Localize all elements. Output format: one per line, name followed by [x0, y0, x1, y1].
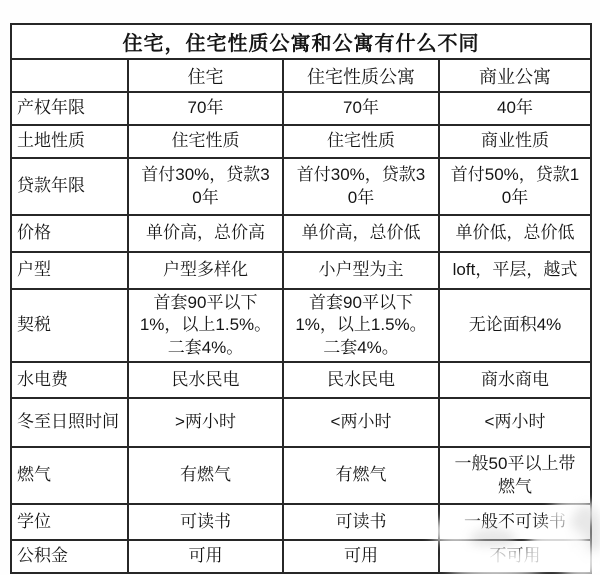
cell: 首付50%，贷款10年 [439, 158, 591, 215]
table-row: 土地性质 住宅性质 住宅性质 商业性质 [11, 125, 591, 158]
cell: 70年 [283, 92, 439, 125]
cell: loft，平层，越式 [439, 252, 591, 289]
table-row: 契税 首套90平以下1%，以上1.5%。二套4%。 首套90平以下1%，以上1.… [11, 289, 591, 362]
cell: 民水民电 [283, 362, 439, 398]
cell: 单价高，总价低 [283, 215, 439, 252]
cell: 住宅性质 [283, 125, 439, 158]
cell: 商业性质 [439, 125, 591, 158]
column-header-residential: 住宅 [128, 59, 283, 92]
row-label: 贷款年限 [11, 158, 128, 215]
column-header-blank [11, 59, 128, 92]
cell: 单价高，总价高 [128, 215, 283, 252]
row-label: 土地性质 [11, 125, 128, 158]
cell: 一般50平以上带燃气 [439, 447, 591, 504]
cell: 单价低，总价低 [439, 215, 591, 252]
cell: 一般不可读书 [439, 504, 591, 540]
cell: 有燃气 [283, 447, 439, 504]
cell: 可用 [283, 540, 439, 573]
column-header-residential-apartment: 住宅性质公寓 [283, 59, 439, 92]
table-row: 学位 可读书 可读书 一般不可读书 [11, 504, 591, 540]
column-header-commercial-apartment: 商业公寓 [439, 59, 591, 92]
table-row: 冬至日照时间 >两小时 <两小时 <两小时 [11, 398, 591, 447]
cell: 有燃气 [128, 447, 283, 504]
row-label: 契税 [11, 289, 128, 362]
row-label: 价格 [11, 215, 128, 252]
cell: >两小时 [128, 398, 283, 447]
cell: 商水商电 [439, 362, 591, 398]
header-row: 住宅 住宅性质公寓 商业公寓 [11, 59, 591, 92]
cell: 户型多样化 [128, 252, 283, 289]
table-row: 产权年限 70年 70年 40年 [11, 92, 591, 125]
row-label: 燃气 [11, 447, 128, 504]
cell: 住宅性质 [128, 125, 283, 158]
table-row: 燃气 有燃气 有燃气 一般50平以上带燃气 [11, 447, 591, 504]
table-row: 户型 户型多样化 小户型为主 loft，平层，越式 [11, 252, 591, 289]
cell: 首付30%，贷款30年 [128, 158, 283, 215]
cell: 不可用 [439, 540, 591, 573]
cell: 首套90平以下1%，以上1.5%。二套4%。 [128, 289, 283, 362]
cell: 可用 [128, 540, 283, 573]
cell: 首套90平以下1%，以上1.5%。二套4%。 [283, 289, 439, 362]
table-row: 价格 单价高，总价高 单价高，总价低 单价低，总价低 [11, 215, 591, 252]
cell: 40年 [439, 92, 591, 125]
cell: 首付30%，贷款30年 [283, 158, 439, 215]
cell: 无论面积4% [439, 289, 591, 362]
cell: 小户型为主 [283, 252, 439, 289]
table-title: 住宅，住宅性质公寓和公寓有什么不同 [11, 24, 591, 59]
cell: <两小时 [439, 398, 591, 447]
table-row: 公积金 可用 可用 不可用 [11, 540, 591, 573]
cell: 可读书 [283, 504, 439, 540]
cell: 民水民电 [128, 362, 283, 398]
table-row: 贷款年限 首付30%，贷款30年 首付30%，贷款30年 首付50%，贷款10年 [11, 158, 591, 215]
table-row: 水电费 民水民电 民水民电 商水商电 [11, 362, 591, 398]
row-label: 产权年限 [11, 92, 128, 125]
table-image: 住宅，住宅性质公寓和公寓有什么不同 住宅 住宅性质公寓 商业公寓 产权年限 70… [0, 0, 600, 575]
row-label: 水电费 [11, 362, 128, 398]
comparison-table: 住宅，住宅性质公寓和公寓有什么不同 住宅 住宅性质公寓 商业公寓 产权年限 70… [10, 23, 592, 574]
row-label: 户型 [11, 252, 128, 289]
cell: <两小时 [283, 398, 439, 447]
row-label: 公积金 [11, 540, 128, 573]
cell: 70年 [128, 92, 283, 125]
row-label: 学位 [11, 504, 128, 540]
cell: 可读书 [128, 504, 283, 540]
row-label: 冬至日照时间 [11, 398, 128, 447]
